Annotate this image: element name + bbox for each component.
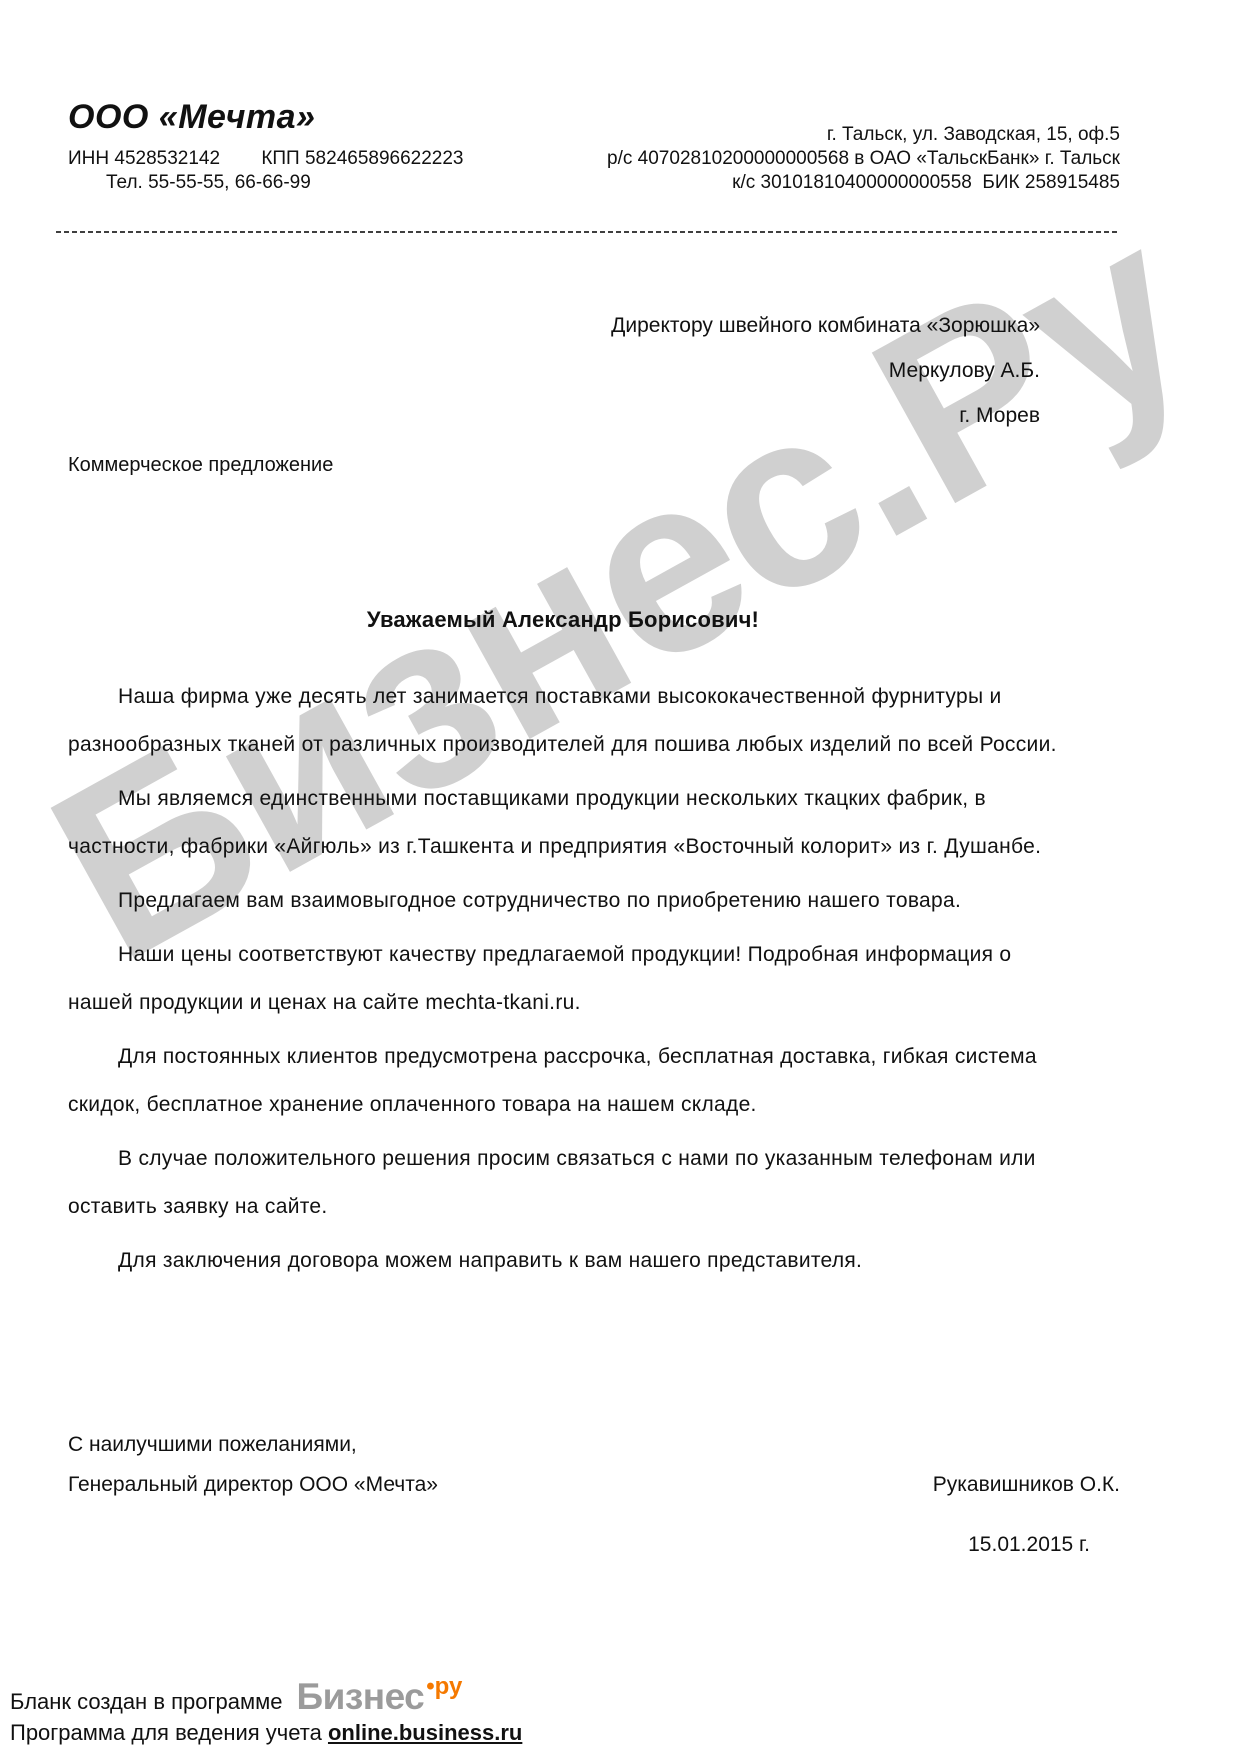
business-ru-logo: Бизнес•ру <box>297 1681 463 1717</box>
doc-type-label: Коммерческое предложение <box>68 454 1120 477</box>
business-ru-logo-text: Бизнес <box>297 1676 425 1717</box>
company-corr-account: к/с 30101810400000000558 БИК 258915485 <box>607 171 1120 195</box>
recipient-line-3: г. Морев <box>68 393 1040 438</box>
footer-line-1: Бланк создан в программе Бизнес•ру <box>10 1681 522 1717</box>
body-paragraph: Наши цены соответствуют качеству предлаг… <box>68 931 1058 1027</box>
letter-date: 15.01.2015 г. <box>68 1533 1120 1557</box>
signature-row: Генеральный директор ООО «Мечта» Рукавиш… <box>68 1473 1120 1497</box>
letter-content: ООО «Мечта» ИНН 4528532142 КПП 582465896… <box>0 0 1240 1557</box>
body-paragraph: Для постоянных клиентов предусмотрена ра… <box>68 1033 1058 1129</box>
letterhead-left: ООО «Мечта» ИНН 4528532142 КПП 582465896… <box>68 98 464 195</box>
footer-link[interactable]: online.business.ru <box>328 1720 522 1745</box>
letter-body: Наша фирма уже десять лет занимается пос… <box>68 673 1058 1387</box>
letterhead-right: г. Тальск, ул. Заводская, 15, оф.5 р/с 4… <box>607 123 1120 195</box>
company-inn-kpp: ИНН 4528532142 КПП 582465896622223 <box>68 147 464 171</box>
body-paragraph: Мы являемся единственными поставщиками п… <box>68 775 1058 871</box>
company-details: ИНН 4528532142 КПП 582465896622223 Тел. … <box>68 147 464 195</box>
company-phone: Тел. 55-55-55, 66-66-99 <box>68 171 464 195</box>
body-paragraph: Предлагаем вам взаимовыгодное сотрудниче… <box>68 877 1058 925</box>
recipient-line-1: Директору швейного комбината «Зорюшка» <box>68 303 1040 348</box>
header-divider <box>56 231 1120 233</box>
letter-page: Бизнес.Ру ООО «Мечта» ИНН 4528532142 КПП… <box>0 0 1240 1754</box>
business-ru-logo-suffix: •ру <box>426 1671 462 1702</box>
body-paragraph: Наша фирма уже десять лет занимается пос… <box>68 673 1058 769</box>
footer-tagline: Программа для ведения учета <box>10 1720 322 1745</box>
footer: Бланк создан в программе Бизнес•ру Прогр… <box>10 1681 522 1748</box>
letterhead: ООО «Мечта» ИНН 4528532142 КПП 582465896… <box>68 98 1120 195</box>
footer-created-text: Бланк создан в программе <box>10 1686 283 1717</box>
body-paragraph: В случае положительного решения просим с… <box>68 1135 1058 1231</box>
signature-name: Рукавишников О.К. <box>933 1473 1120 1497</box>
body-paragraph: Для заключения договора можем направить … <box>68 1237 1058 1285</box>
signature-title: Генеральный директор ООО «Мечта» <box>68 1473 438 1497</box>
company-address: г. Тальск, ул. Заводская, 15, оф.5 <box>607 123 1120 147</box>
recipient-block: Директору швейного комбината «Зорюшка» М… <box>68 303 1120 438</box>
footer-line-2: Программа для ведения учета online.busin… <box>10 1717 522 1748</box>
company-kpp: КПП 582465896622223 <box>261 148 463 169</box>
company-bank-account: р/с 40702810200000000568 в ОАО «ТальскБа… <box>607 147 1120 171</box>
company-inn: ИНН 4528532142 <box>68 148 220 169</box>
salutation: Уважаемый Александр Борисович! <box>68 607 1058 633</box>
recipient-line-2: Меркулову А.Б. <box>68 348 1040 393</box>
company-name: ООО «Мечта» <box>68 98 464 137</box>
signature-closing: С наилучшими пожеланиями, <box>68 1433 1120 1457</box>
